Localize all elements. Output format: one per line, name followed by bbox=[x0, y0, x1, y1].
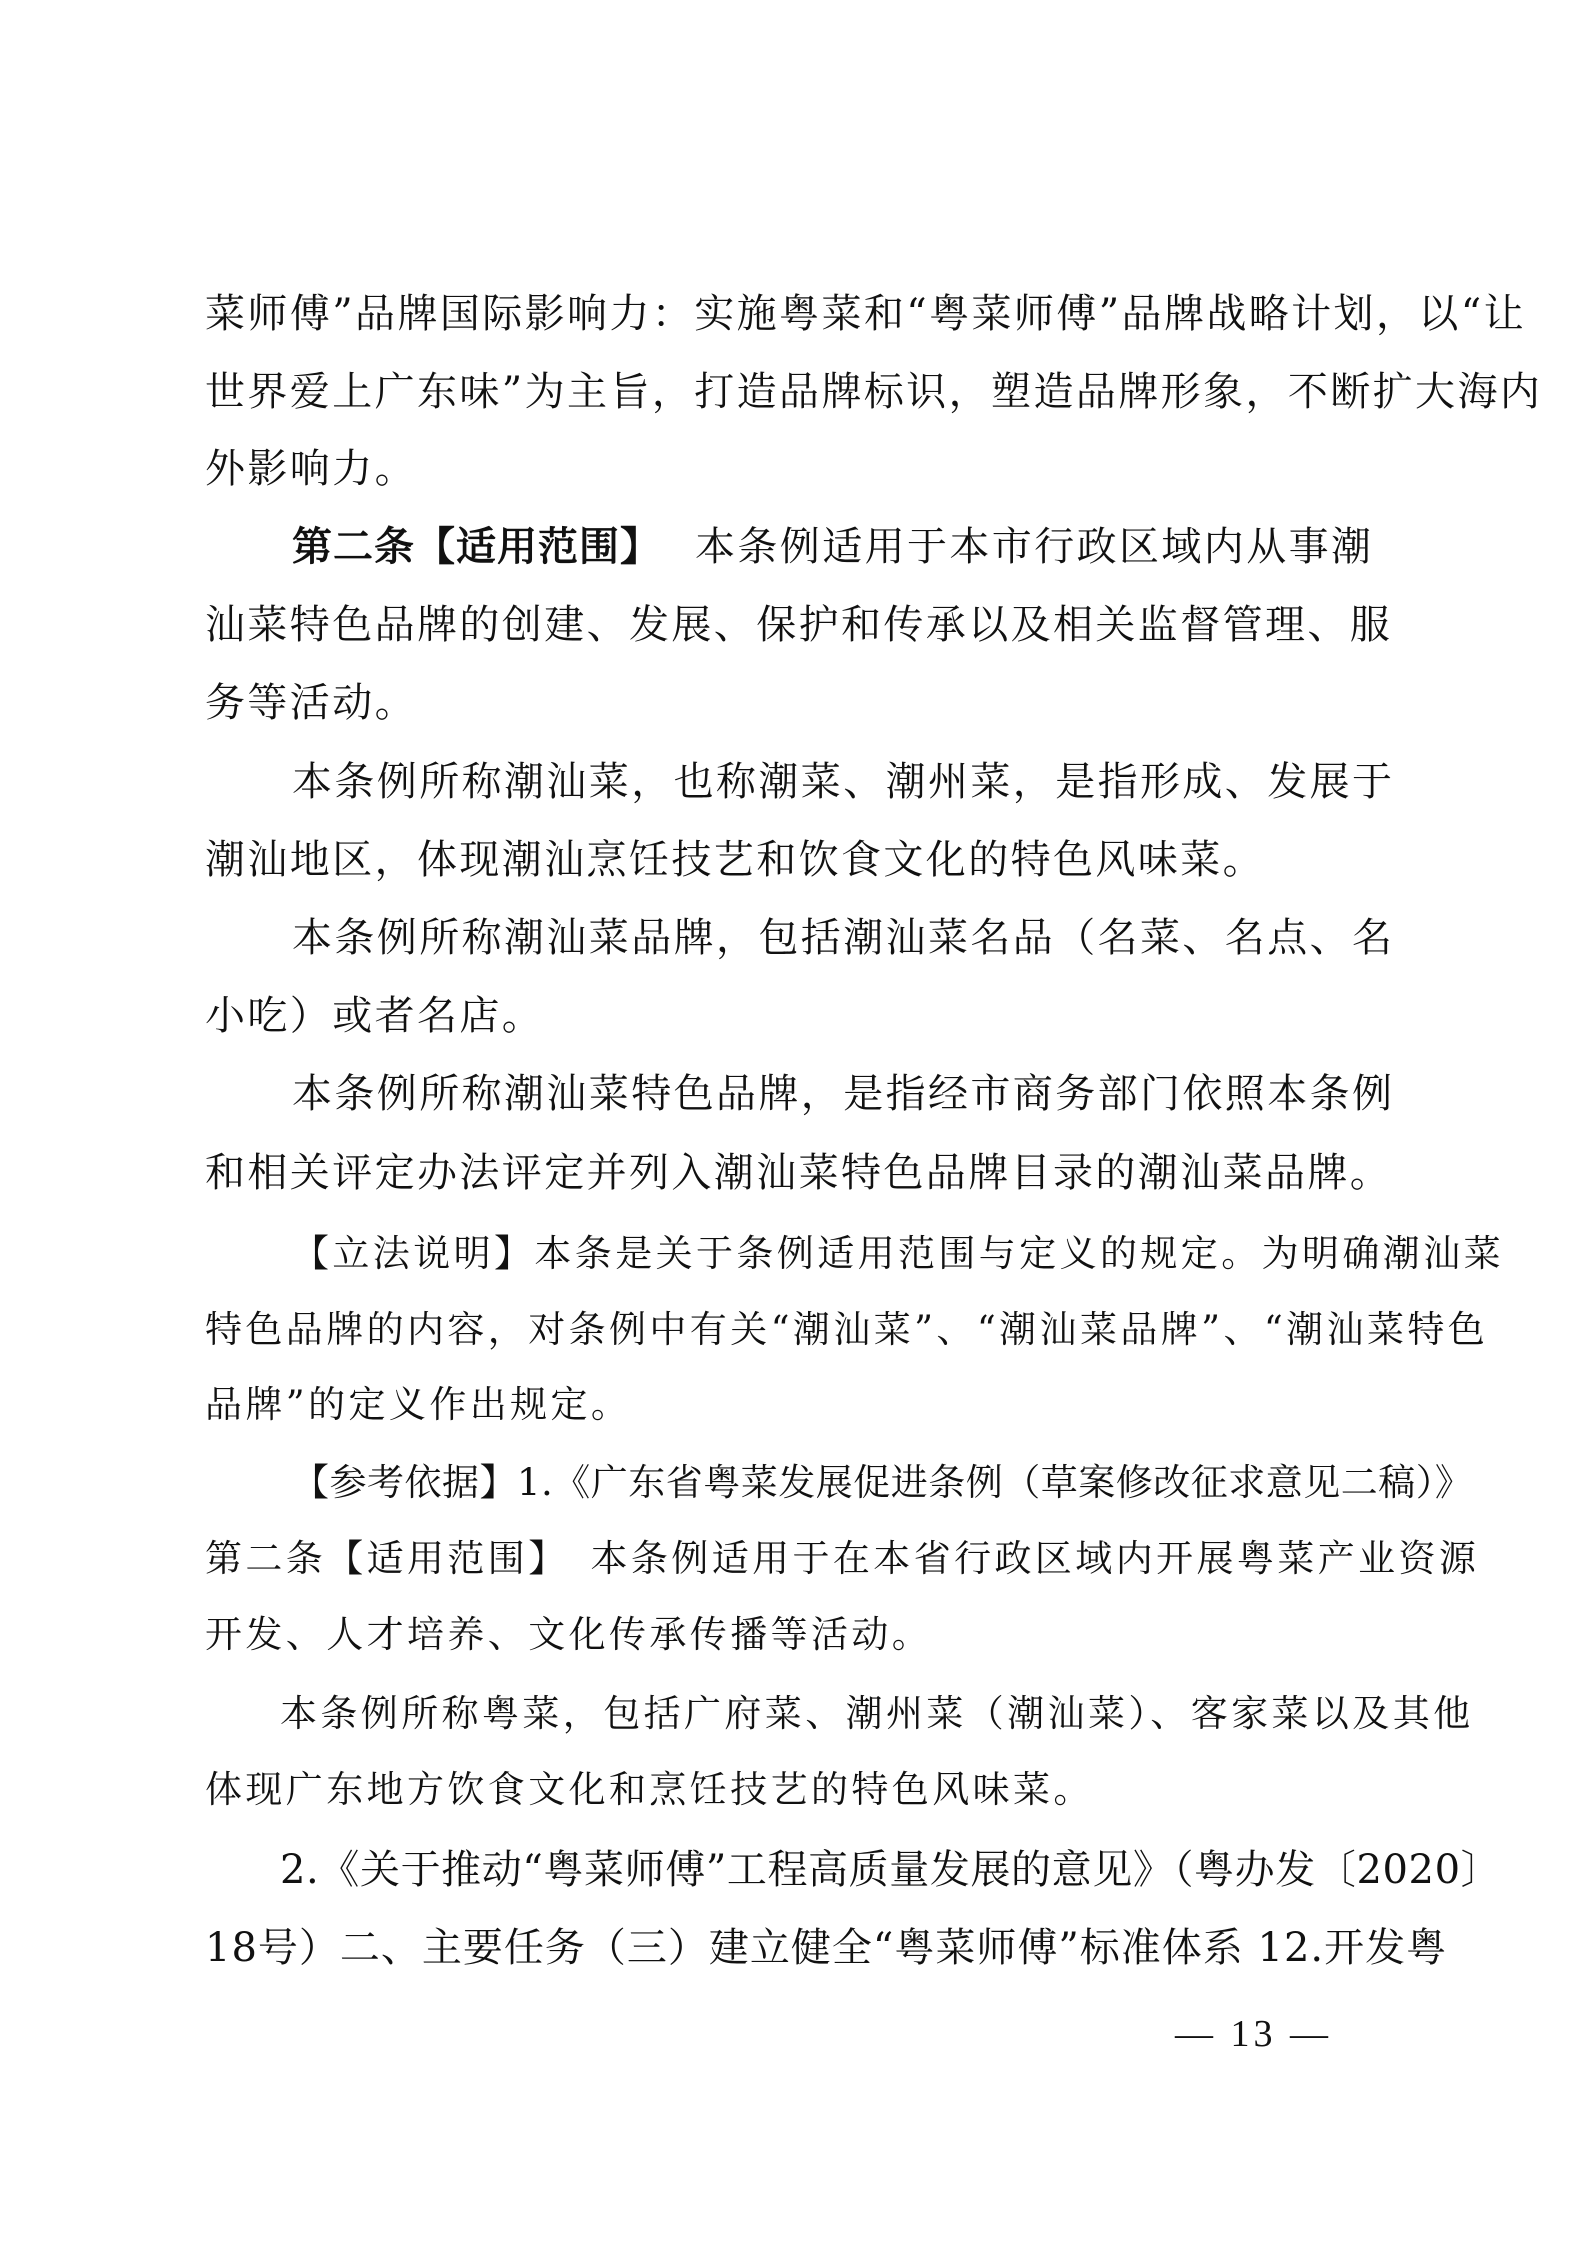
paragraph-line: 小吃）或者名店。 bbox=[205, 992, 1390, 1040]
legislative-note-line: 特色品牌的内容，对条例中有关“潮汕菜”、“潮汕菜品牌”、“潮汕菜特色 bbox=[205, 1306, 1390, 1354]
body-text-line: 外影响力。 bbox=[205, 445, 1390, 493]
paragraph-line: 本条例所称潮汕菜特色品牌，是指经市商务部门依照本条例 bbox=[292, 1070, 1390, 1118]
legislative-note-line: 【立法说明】本条是关于条例适用范围与定义的规定。为明确潮汕菜 bbox=[292, 1230, 1390, 1278]
reference-line: 2.《关于推动“粤菜师傅”工程高质量发展的意见》（粤办发〔2020〕 bbox=[280, 1846, 1378, 1894]
legislative-note-line: 品牌”的定义作出规定。 bbox=[205, 1381, 1390, 1429]
paragraph-line: 本条例所称潮汕菜品牌，包括潮汕菜名品（名菜、名点、名 bbox=[292, 914, 1390, 962]
body-text-line: 世界爱上广东味”为主旨，打造品牌标识，塑造品牌形象，不断扩大海内 bbox=[205, 368, 1390, 416]
reference-line: 18号）二、主要任务（三）建立健全“粤菜师傅”标准体系 12.开发粤 bbox=[205, 1924, 1390, 1972]
reference-line: 开发、人才培养、文化传承传播等活动。 bbox=[205, 1611, 1390, 1659]
reference-line: 第二条【适用范围】 本条例适用于在本省行政区域内开展粤菜产业资源 bbox=[205, 1535, 1390, 1583]
article-first-line: 第二条【适用范围】本条例适用于本市行政区域内从事潮 bbox=[292, 523, 1390, 571]
reference-line: 本条例所称粤菜，包括广府菜、潮州菜（潮汕菜）、客家菜以及其他 bbox=[280, 1690, 1378, 1738]
paragraph-line: 和相关评定办法评定并列入潮汕菜特色品牌目录的潮汕菜品牌。 bbox=[205, 1149, 1390, 1197]
page-number: — 13 — bbox=[1175, 2010, 1332, 2058]
article-heading: 第二条【适用范围】 bbox=[292, 524, 661, 570]
body-text-line: 菜师傅”品牌国际影响力：实施粤菜和“粤菜师傅”品牌战略计划，以“让 bbox=[205, 290, 1390, 338]
reference-line: 体现广东地方饮食文化和烹饪技艺的特色风味菜。 bbox=[205, 1766, 1390, 1814]
paragraph-line: 本条例所称潮汕菜，也称潮菜、潮州菜，是指形成、发展于 bbox=[292, 758, 1390, 806]
body-text-line: 务等活动。 bbox=[205, 679, 1390, 727]
article-text: 本条例适用于本市行政区域内从事潮 bbox=[695, 524, 1373, 570]
reference-line: 【参考依据】1.《广东省粤菜发展促进条例（草案修改征求意见二稿）》 bbox=[292, 1459, 1390, 1507]
body-text-line: 汕菜特色品牌的创建、发展、保护和传承以及相关监督管理、服 bbox=[205, 601, 1390, 649]
paragraph-line: 潮汕地区，体现潮汕烹饪技艺和饮食文化的特色风味菜。 bbox=[205, 836, 1390, 884]
